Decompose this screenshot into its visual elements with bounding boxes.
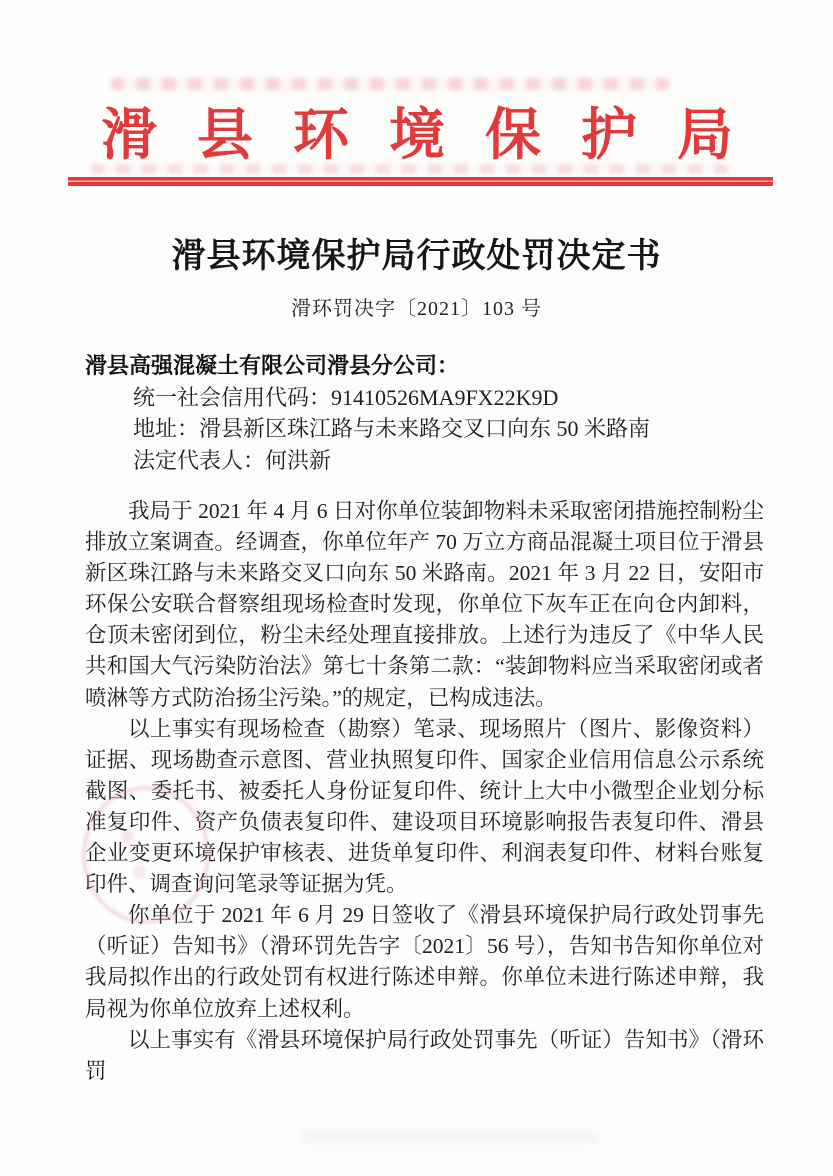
scan-smudge [300, 1130, 600, 1144]
document-title: 滑县环境保护局行政处罚决定书 [0, 228, 833, 277]
penalty-decision-document-page: 滑县环境保护局 滑县环境保护局行政处罚决定书 滑环罚决字〔2021〕103 号 … [0, 0, 833, 1176]
scan-bleedthrough-smudge [110, 78, 670, 90]
agency-letterhead: 滑县环境保护局 [101, 104, 773, 168]
document-number: 滑环罚决字〔2021〕103 号 [0, 292, 833, 321]
body-paragraph-prior-notice: 你单位于 2021 年 6 月 29 日签收了《滑县环境保护局行政处罚事先（听证… [85, 900, 764, 1024]
recipient-address: 地址：滑县新区珠江路与未来路交叉口向东 50 米路南 [85, 413, 765, 445]
body-paragraph-facts-continued: 以上事实有《滑县环境保护局行政处罚事先（听证）告知书》（滑环罚 [85, 1025, 764, 1087]
letterhead-divider-rule [68, 177, 773, 186]
recipient-legal-representative: 法定代表人：何洪新 [85, 445, 765, 477]
recipient-company-name: 滑县高强混凝土有限公司滑县分公司： [85, 350, 765, 382]
recipient-credit-code: 统一社会信用代码：91410526MA9FX22K9D [85, 382, 765, 414]
body-paragraph-investigation: 我局于 2021 年 4 月 6 日对你单位装卸物料未采取密闭措施控制粉尘排放立… [85, 496, 764, 714]
document-body: 我局于 2021 年 4 月 6 日对你单位装卸物料未采取密闭措施控制粉尘排放立… [85, 496, 764, 1087]
recipient-block: 滑县高强混凝土有限公司滑县分公司： 统一社会信用代码：91410526MA9FX… [85, 350, 765, 476]
body-paragraph-evidence-list: 以上事实有现场检查（勘察）笔录、现场照片（图片、影像资料）证据、现场勘查示意图、… [85, 714, 764, 901]
